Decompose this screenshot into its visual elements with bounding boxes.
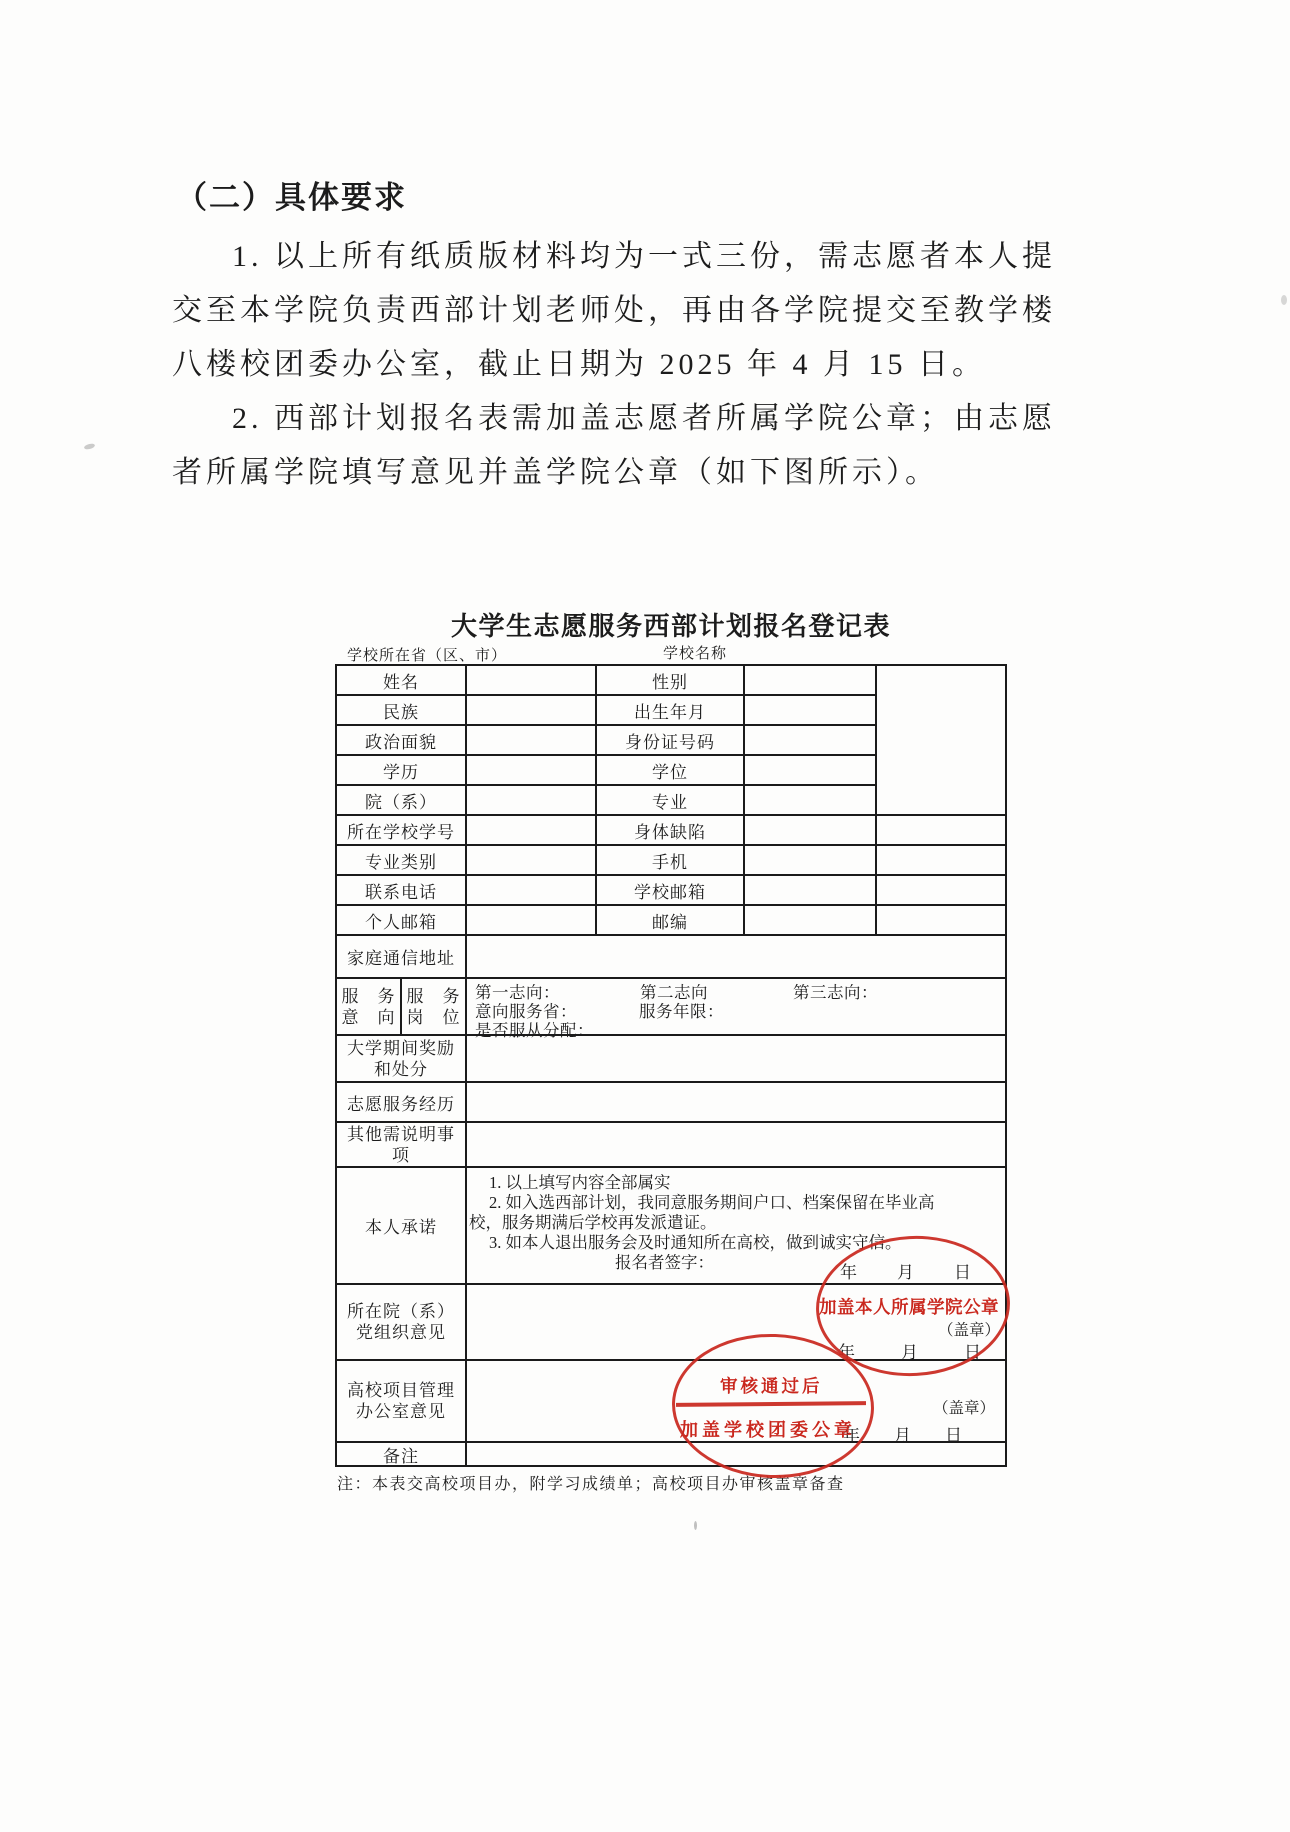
value-cell (467, 846, 597, 874)
field-label: 家庭通信地址 (337, 936, 467, 977)
years-label: 服务年限： (639, 1002, 724, 1021)
value-cell (745, 846, 877, 874)
service-position-label: 服 务 岗 位 (402, 979, 467, 1034)
section-heading: （二）具体要求 (176, 172, 407, 217)
promise-line: 校，服务期满后学校再发派遣证。 (467, 1213, 1005, 1233)
table-top-section: 姓名 性别 民族 出生年月 政治面貌 身份证号码 (337, 666, 1005, 816)
value-cell (467, 1036, 1005, 1081)
field-label: 身体缺陷 (597, 816, 745, 844)
table-header-row: 学校所在省（区、市） 学校名称 (335, 644, 1007, 662)
field-label: 大学期间奖励 和处分 (337, 1036, 467, 1081)
photo-cell (877, 666, 1005, 816)
school-stamp-annotation: 加盖学校团委公章 (680, 1416, 856, 1442)
value-cell (467, 1123, 1005, 1166)
field-label: 姓名 (337, 666, 467, 694)
value-cell (467, 816, 597, 844)
value-cell (467, 696, 597, 724)
field-label: 所在院（系） 党组织意见 (337, 1285, 467, 1359)
value-cell (467, 666, 597, 694)
value-cell (467, 756, 597, 784)
value-cell (745, 666, 877, 694)
value-cell (467, 1083, 1005, 1121)
value-cell (745, 786, 877, 814)
value-cell (467, 876, 597, 904)
value-cell (877, 846, 1005, 874)
table-row: 姓名 性别 (337, 666, 877, 696)
field-label: 其他需说明事 项 (337, 1123, 467, 1166)
value-cell (745, 696, 877, 724)
paragraph-line: 1. 以上所有纸质版材料均为一式三份，需志愿者本人提 (172, 230, 1152, 284)
table-row: 学历 学位 (337, 756, 877, 786)
value-cell (745, 726, 877, 754)
form-title: 大学生志愿服务西部计划报名登记表 (335, 606, 1007, 643)
province-label: 意向服务省： (475, 1002, 577, 1021)
choice3-label: 第三志向： (793, 983, 878, 1002)
intent-line2: 意向服务省：服务年限： (475, 1002, 1005, 1021)
field-label: 备注 (337, 1443, 467, 1465)
value-cell (467, 906, 597, 934)
table-row: 所在学校学号 身体缺陷 (337, 816, 1005, 846)
field-label: 邮编 (597, 906, 745, 934)
paragraph-line: 八楼校团委办公室，截止日期为 2025 年 4 月 15 日。 (172, 338, 1152, 392)
field-label: 性别 (597, 666, 745, 694)
scan-artifact (694, 1521, 697, 1530)
paragraph-line: 者所属学院填写意见并盖学院公章（如下图所示）。 (172, 446, 1152, 500)
field-label: 个人邮箱 (337, 906, 467, 934)
other-notes-row: 其他需说明事 项 (337, 1123, 1005, 1168)
office-stamp-note: （盖章） (933, 1396, 995, 1418)
table-top-left: 姓名 性别 民族 出生年月 政治面貌 身份证号码 (337, 666, 877, 816)
field-label: 学历 (337, 756, 467, 784)
school-province-label: 学校所在省（区、市） (347, 644, 507, 665)
choice1-label: 第一志向： (475, 983, 560, 1002)
school-name-label: 学校名称 (663, 642, 727, 663)
field-label: 院（系） (337, 786, 467, 814)
field-label: 志愿服务经历 (337, 1083, 467, 1121)
table-row: 个人邮箱 邮编 (337, 906, 1005, 936)
field-label: 联系电话 (337, 876, 467, 904)
review-passed-annotation: 审核通过后 (720, 1373, 823, 1398)
field-label: 民族 (337, 696, 467, 724)
remark-row: 备注 (337, 1443, 1005, 1465)
field-label: 所在学校学号 (337, 816, 467, 844)
address-row: 家庭通信地址 (337, 936, 1005, 979)
service-intent-label: 服 务 意 向 (337, 979, 402, 1034)
awards-row: 大学期间奖励 和处分 (337, 1036, 1005, 1083)
promise-line: 1. 以上填写内容全部属实 (467, 1173, 1005, 1193)
promise-line: 2. 如入选西部计划，我同意服务期间户口、档案保留在毕业高 (467, 1193, 1005, 1213)
scan-artifact (1281, 295, 1287, 305)
value-cell (745, 876, 877, 904)
paragraph-line: 2. 西部计划报名表需加盖志愿者所属学院公章；由志愿 (172, 392, 1152, 446)
field-label: 专业 (597, 786, 745, 814)
service-intent-content: 第一志向：第二志向第三志向： 意向服务省：服务年限： 是否服从分配： (467, 979, 1005, 1034)
intent-line1: 第一志向：第二志向第三志向： (475, 983, 1005, 1002)
table-row: 民族 出生年月 (337, 696, 877, 726)
field-label: 专业类别 (337, 846, 467, 874)
paragraph-line: 交至本学院负责西部计划老师处，再由各学院提交至教学楼 (172, 284, 1152, 338)
table-row: 政治面貌 身份证号码 (337, 726, 877, 756)
value-cell (745, 756, 877, 784)
field-label: 高校项目管理 办公室意见 (337, 1361, 467, 1441)
scan-artifact (84, 443, 96, 451)
field-label: 身份证号码 (597, 726, 745, 754)
table-row: 联系电话 学校邮箱 (337, 876, 1005, 906)
scanned-page: （二）具体要求 1. 以上所有纸质版材料均为一式三份，需志愿者本人提 交至本学院… (0, 0, 1290, 1832)
value-cell (745, 816, 877, 844)
field-label: 学校邮箱 (597, 876, 745, 904)
value-cell (877, 906, 1005, 934)
field-label: 政治面貌 (337, 726, 467, 754)
field-label: 手机 (597, 846, 745, 874)
choice2-label: 第二志向 (640, 983, 708, 1002)
body-paragraphs: 1. 以上所有纸质版材料均为一式三份，需志愿者本人提 交至本学院负责西部计划老师… (172, 230, 1152, 500)
field-label: 本人承诺 (337, 1168, 467, 1283)
field-label: 学位 (597, 756, 745, 784)
service-intent-row: 服 务 意 向 服 务 岗 位 第一志向：第二志向第三志向： 意向服务省：服务年… (337, 979, 1005, 1036)
table-row: 专业类别 手机 (337, 846, 1005, 876)
field-label: 出生年月 (597, 696, 745, 724)
volunteer-exp-row: 志愿服务经历 (337, 1083, 1005, 1123)
value-cell (467, 786, 597, 814)
dept-stamp-annotation: 加盖本人所属学院公章 (819, 1294, 999, 1319)
value-cell (745, 906, 877, 934)
table-row: 院（系） 专业 (337, 786, 877, 816)
value-cell (467, 936, 1005, 977)
value-cell (467, 726, 597, 754)
value-cell (877, 816, 1005, 844)
value-cell (877, 876, 1005, 904)
